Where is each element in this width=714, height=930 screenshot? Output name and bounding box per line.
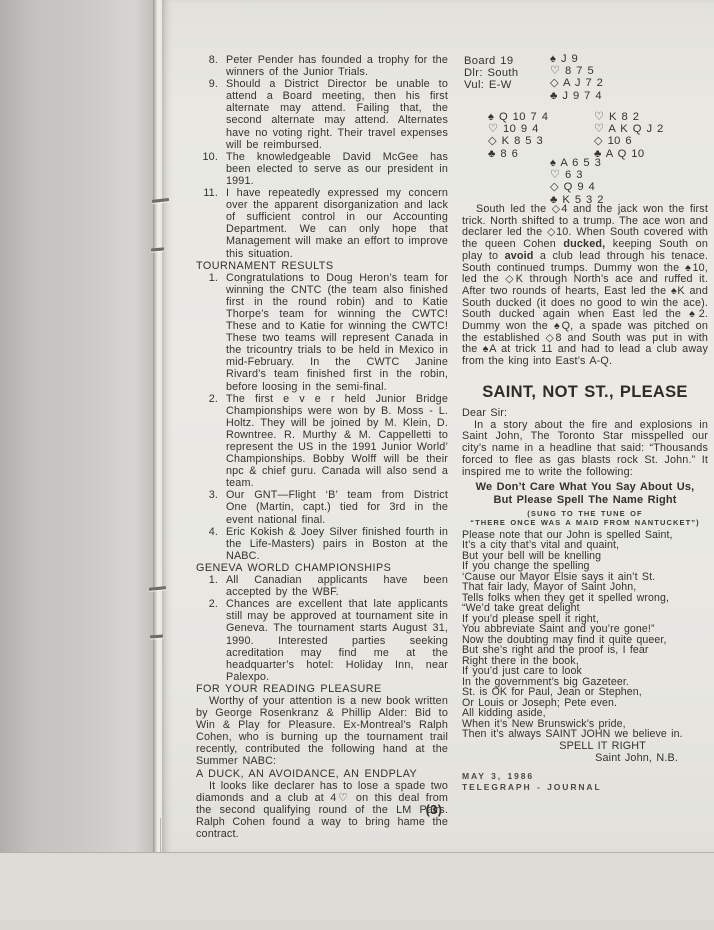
geneva-heading: GENEVA WORLD CHAMPIONSHIPS (196, 562, 448, 574)
text-line: ♡ A K Q J 2 (594, 123, 664, 135)
letter-salutation: Dear Sir: (462, 408, 708, 420)
text-line: “THERE ONCE WAS A MAID FROM NANTUCKET”) (462, 518, 708, 528)
board-info: Board 19Dlr: SouthVul: E-W (464, 55, 518, 92)
text-line: ♠ A 6 5 3 (550, 157, 604, 169)
page-corner-edge (160, 818, 161, 852)
bridge-hand-diagram: Board 19Dlr: SouthVul: E-W ♠ J 9♡ 8 7 5◇… (462, 50, 708, 204)
song-tune-note: (SUNG TO THE TUNE OF“THERE ONCE WAS A MA… (462, 509, 708, 528)
list-item-number: 11. (196, 187, 218, 260)
list-item: 10.The knowledgeable David McGee has bee… (196, 151, 448, 187)
list-item: 8.Peter Pender has founded a trophy for … (196, 54, 448, 78)
list-item-text: All Canadian applicants have been accept… (226, 574, 448, 598)
list-item: 11.I have repeatedly expressed my concer… (196, 187, 448, 260)
text-line: ♣ J 9 7 4 (550, 90, 603, 102)
south-hand: ♠ A 6 5 3♡ 6 3◇ Q 9 4♣ K 5 3 2 (550, 157, 604, 206)
list-item-text: Chances are excellent that late applican… (226, 598, 448, 683)
letter-heading: SAINT, NOT ST., PLEASE (462, 383, 708, 401)
text-line: But Please Spell The Name Right (462, 494, 708, 507)
text-line: ♡ K 8 2 (594, 111, 664, 123)
list-item-text: I have repeatedly expressed my concern o… (226, 187, 448, 260)
text-run: a club lead through his tenace. South co… (462, 250, 708, 367)
numbered-list-8-11: 8.Peter Pender has founded a trophy for … (196, 54, 448, 260)
text-line: ◇ Q 9 4 (550, 181, 604, 193)
list-item-number: 2. (196, 393, 218, 490)
list-item: 2.Chances are excellent that late applic… (196, 598, 448, 683)
text-line: We Don’t Care What You Say About Us, (462, 481, 708, 494)
text-line: Vul: E-W (464, 79, 518, 91)
binding-crease (153, 0, 162, 852)
text-line: ◇ K 8 5 3 (488, 135, 548, 147)
list-item-text: Our GNT—Flight ‘B’ team from District On… (226, 489, 448, 525)
text-line: ♣ K 5 3 2 (550, 194, 604, 206)
bold-text-run: avoid (505, 250, 534, 262)
list-item-number: 3. (196, 489, 218, 525)
poem: Please note that our John is spelled Sai… (462, 530, 708, 740)
adjacent-page-surface (0, 0, 153, 852)
play-description-paragraph: South led the ◇4 and the jack won the fi… (462, 204, 708, 368)
right-text-column: Board 19Dlr: SouthVul: E-W ♠ J 9♡ 8 7 5◇… (462, 50, 708, 793)
reading-pleasure-paragraph: Worthy of your attention is a new book w… (196, 695, 448, 768)
list-item: 1.All Canadian applicants have been acce… (196, 574, 448, 598)
list-item-number: 9. (196, 78, 218, 151)
duck-endplay-heading: A DUCK, AN AVOIDANCE, AN ENDPLAY (196, 768, 448, 780)
list-item-number: 4. (196, 526, 218, 562)
song-title: We Don’t Care What You Say About Us,But … (462, 481, 708, 507)
geneva-list: 1.All Canadian applicants have been acce… (196, 574, 448, 683)
list-item-number: 1. (196, 272, 218, 393)
source-date: MAY 3, 1986 (462, 771, 708, 782)
text-line: ◇ 10 6 (594, 135, 664, 147)
text-line: ♣ A Q 10 (594, 148, 664, 160)
tournament-results-list: 1.Congratulations to Doug Heron’s team f… (196, 272, 448, 562)
text-line: ♠ J 9 (550, 53, 603, 65)
scanned-newsletter-page: 8.Peter Pender has founded a trophy for … (0, 0, 714, 930)
text-line: ◇ A J 7 2 (550, 77, 603, 89)
list-item-text: The knowledgeable David McGee has been e… (226, 151, 448, 187)
tournament-results-heading: TOURNAMENT RESULTS (196, 260, 448, 272)
list-item-number: 10. (196, 151, 218, 187)
source-citation: MAY 3, 1986 TELEGRAPH - JOURNAL (462, 771, 708, 793)
list-item: 3.Our GNT—Flight ‘B’ team from District … (196, 489, 448, 525)
text-line: Board 19 (464, 55, 518, 67)
page-number: (3) (404, 803, 464, 817)
letter-intro-paragraph: In a story about the fire and explosions… (462, 420, 708, 480)
text-line: ♡ 8 7 5 (550, 65, 603, 77)
list-item: 2.The first e v e r held Junior Bridge C… (196, 393, 448, 490)
source-name: TELEGRAPH - JOURNAL (462, 782, 708, 793)
north-hand: ♠ J 9♡ 8 7 5◇ A J 7 2♣ J 9 7 4 (550, 53, 603, 102)
list-item-number: 8. (196, 54, 218, 78)
list-item-number: 1. (196, 574, 218, 598)
list-item-number: 2. (196, 598, 218, 683)
west-hand: ♠ Q 10 7 4♡ 10 9 4◇ K 8 5 3♣ 8 6 (488, 111, 548, 160)
signoff-spell-it-right: SPELL IT RIGHT (462, 741, 646, 753)
reading-pleasure-heading: FOR YOUR READING PLEASURE (196, 683, 448, 695)
list-item: 4.Eric Kokish & Joey Silver finished fou… (196, 526, 448, 562)
list-item-text: Eric Kokish & Joey Silver finished fourt… (226, 526, 448, 562)
list-item-text: The first e v e r held Junior Bridge Cha… (226, 393, 448, 490)
left-text-column: 8.Peter Pender has founded a trophy for … (196, 54, 448, 840)
list-item-text: Peter Pender has founded a trophy for th… (226, 54, 448, 78)
text-line: (SUNG TO THE TUNE OF (462, 509, 708, 519)
signoff-location: Saint John, N.B. (462, 753, 678, 765)
list-item-text: Congratulations to Doug Heron’s team for… (226, 272, 448, 393)
list-item: 9.Should a District Director be unable t… (196, 78, 448, 151)
text-line: ♡ 6 3 (550, 169, 604, 181)
text-line: ♠ Q 10 7 4 (488, 111, 548, 123)
text-line: ♡ 10 9 4 (488, 123, 548, 135)
bold-text-run: ducked, (563, 238, 605, 250)
list-item-text: Should a District Director be unable to … (226, 78, 448, 151)
text-line: ♣ 8 6 (488, 148, 548, 160)
text-line: Then it’s always SAINT JOHN we believe i… (462, 729, 708, 740)
text-line: Dlr: South (464, 67, 518, 79)
east-hand: ♡ K 8 2♡ A K Q J 2◇ 10 6♣ A Q 10 (594, 111, 664, 160)
page-bottom-underlay (0, 852, 714, 920)
list-item: 1.Congratulations to Doug Heron’s team f… (196, 272, 448, 393)
